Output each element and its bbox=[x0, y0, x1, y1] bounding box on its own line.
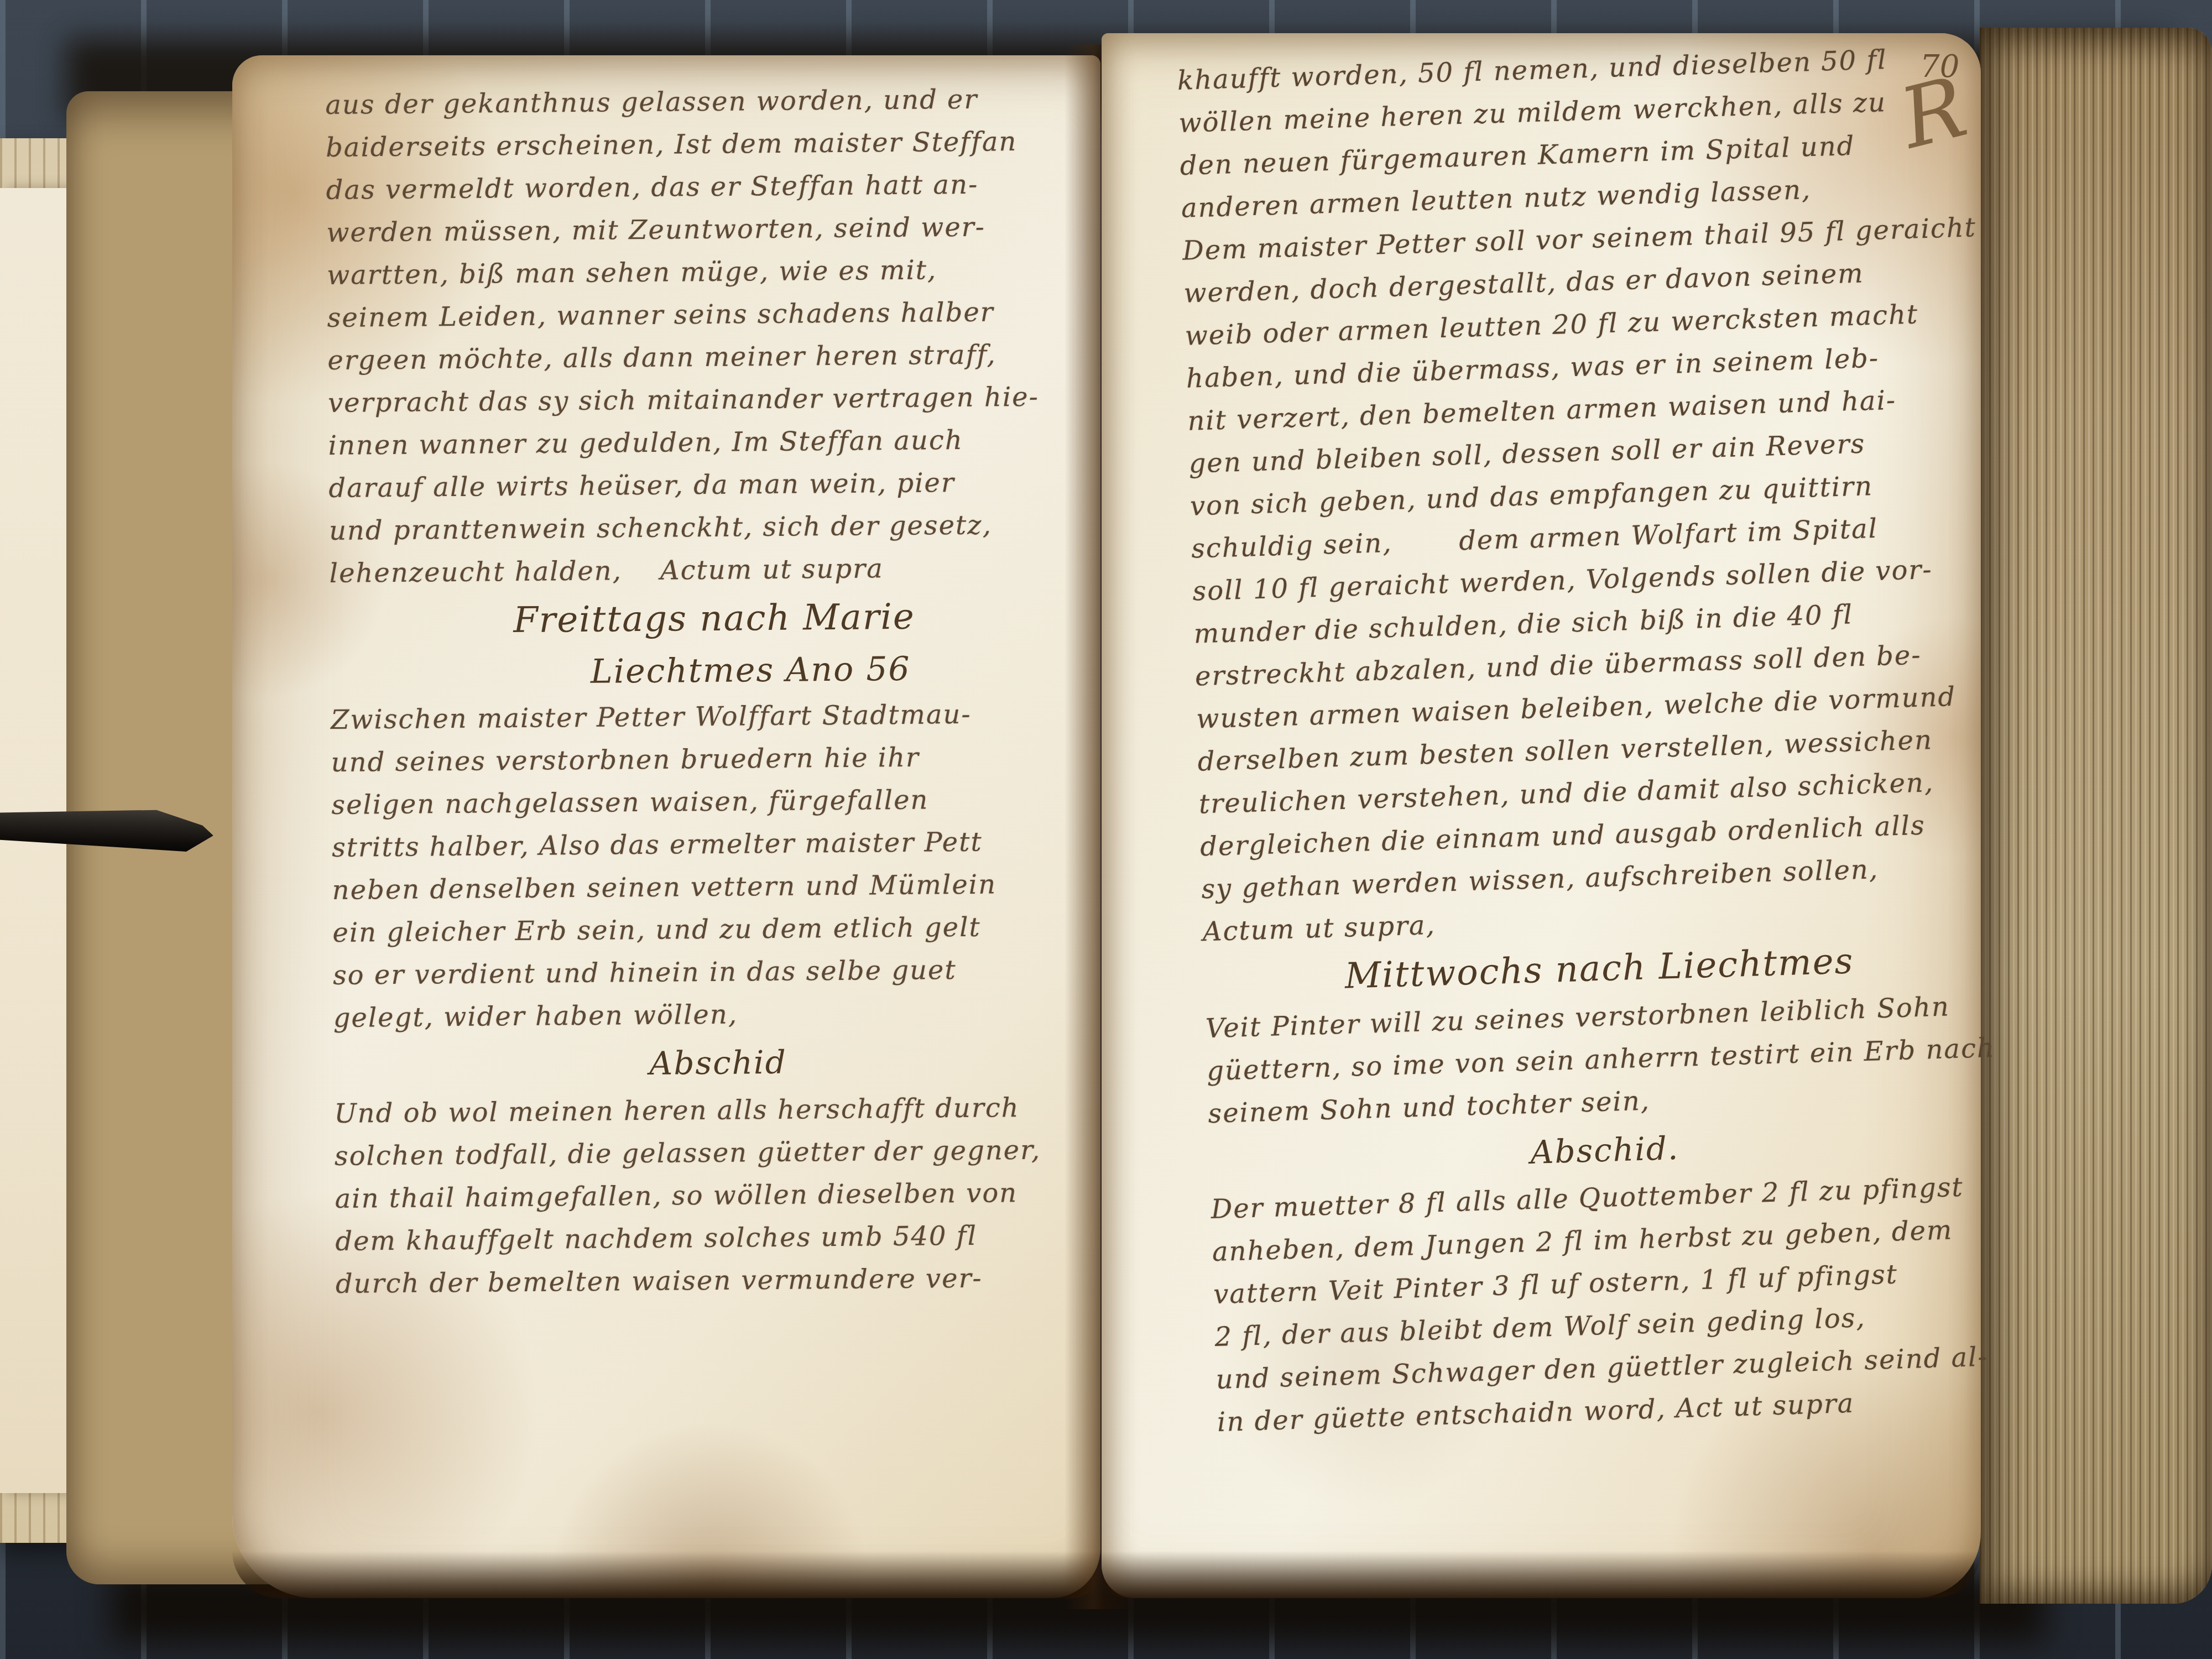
manuscript-line: lehenzeucht halden, Actum ut supra bbox=[329, 546, 1098, 595]
manuscript-line: ergeen möchte, alls dann meiner heren st… bbox=[327, 333, 1097, 382]
right-page-block-fore-edge bbox=[1980, 28, 2212, 1604]
manuscript-line: durch der bemelten waisen vermundere ver… bbox=[336, 1256, 1105, 1306]
manuscript-line: das vermeldt worden, das er Steffan hatt… bbox=[326, 163, 1095, 212]
manuscript-line: stritts halber, Also das ermelter maiste… bbox=[332, 820, 1101, 869]
manuscript-line: baiderseits erscheinen, Ist dem maister … bbox=[326, 120, 1095, 169]
photograph-open-manuscript-book: aus der gekanthnus gelassen worden, und … bbox=[0, 0, 2212, 1659]
manuscript-line: und seines verstorbnen bruedern hie ihr bbox=[331, 735, 1100, 784]
manuscript-line: seligen nachgelassen waisen, fürgefallen bbox=[331, 778, 1100, 827]
manuscript-line: so er verdient und hinein in das selbe g… bbox=[333, 948, 1102, 997]
right-page-text: khaufft worden, 50 fl nemen, und dieselb… bbox=[1177, 36, 2008, 1444]
manuscript-line: gelegt, wider haben wöllen, bbox=[333, 990, 1102, 1040]
manuscript-line: verpracht das sy sich mitainander vertra… bbox=[328, 375, 1097, 425]
manuscript-heading: Liechtmes Ano 56 bbox=[330, 643, 1099, 699]
manuscript-line: solchen todfall, die gelassen güetter de… bbox=[335, 1129, 1104, 1178]
manuscript-line: innen wanner zu gedulden, Im Steffan auc… bbox=[328, 418, 1097, 467]
manuscript-line: werden müssen, mit Zeuntworten, seind we… bbox=[326, 205, 1095, 254]
manuscript-line: Und ob wol meinen heren alls herschafft … bbox=[334, 1086, 1103, 1135]
manuscript-line: und pranttenwein schenckht, sich der ges… bbox=[329, 503, 1098, 552]
manuscript-line: ain thail haimgefallen, so wöllen diesel… bbox=[335, 1171, 1104, 1220]
manuscript-line: wartten, biß man sehen müge, wie es mit, bbox=[327, 248, 1096, 297]
manuscript-line: seinem Leiden, wanner seins schadens hal… bbox=[327, 290, 1096, 340]
left-page-text: aus der gekanthnus gelassen worden, und … bbox=[325, 77, 1104, 1306]
manuscript-heading: Freittags nach Marie bbox=[330, 588, 1099, 649]
manuscript-line: darauf alle wirts heüser, da man wein, p… bbox=[328, 461, 1098, 510]
manuscript-line: Zwischen maister Petter Wolffart Stadtma… bbox=[331, 692, 1100, 742]
folio-page-number: 70 bbox=[1920, 49, 1959, 85]
manuscript-line: dem khauffgelt nachdem solches umb 540 f… bbox=[335, 1214, 1104, 1263]
manuscript-line: aus der gekanthnus gelassen worden, und … bbox=[325, 77, 1094, 127]
manuscript-line: ein gleicher Erb sein, und zu dem etlich… bbox=[332, 905, 1102, 954]
manuscript-line: neben denselben seinen vettern und Mümle… bbox=[332, 863, 1101, 912]
manuscript-heading: Abschid bbox=[333, 1033, 1103, 1093]
